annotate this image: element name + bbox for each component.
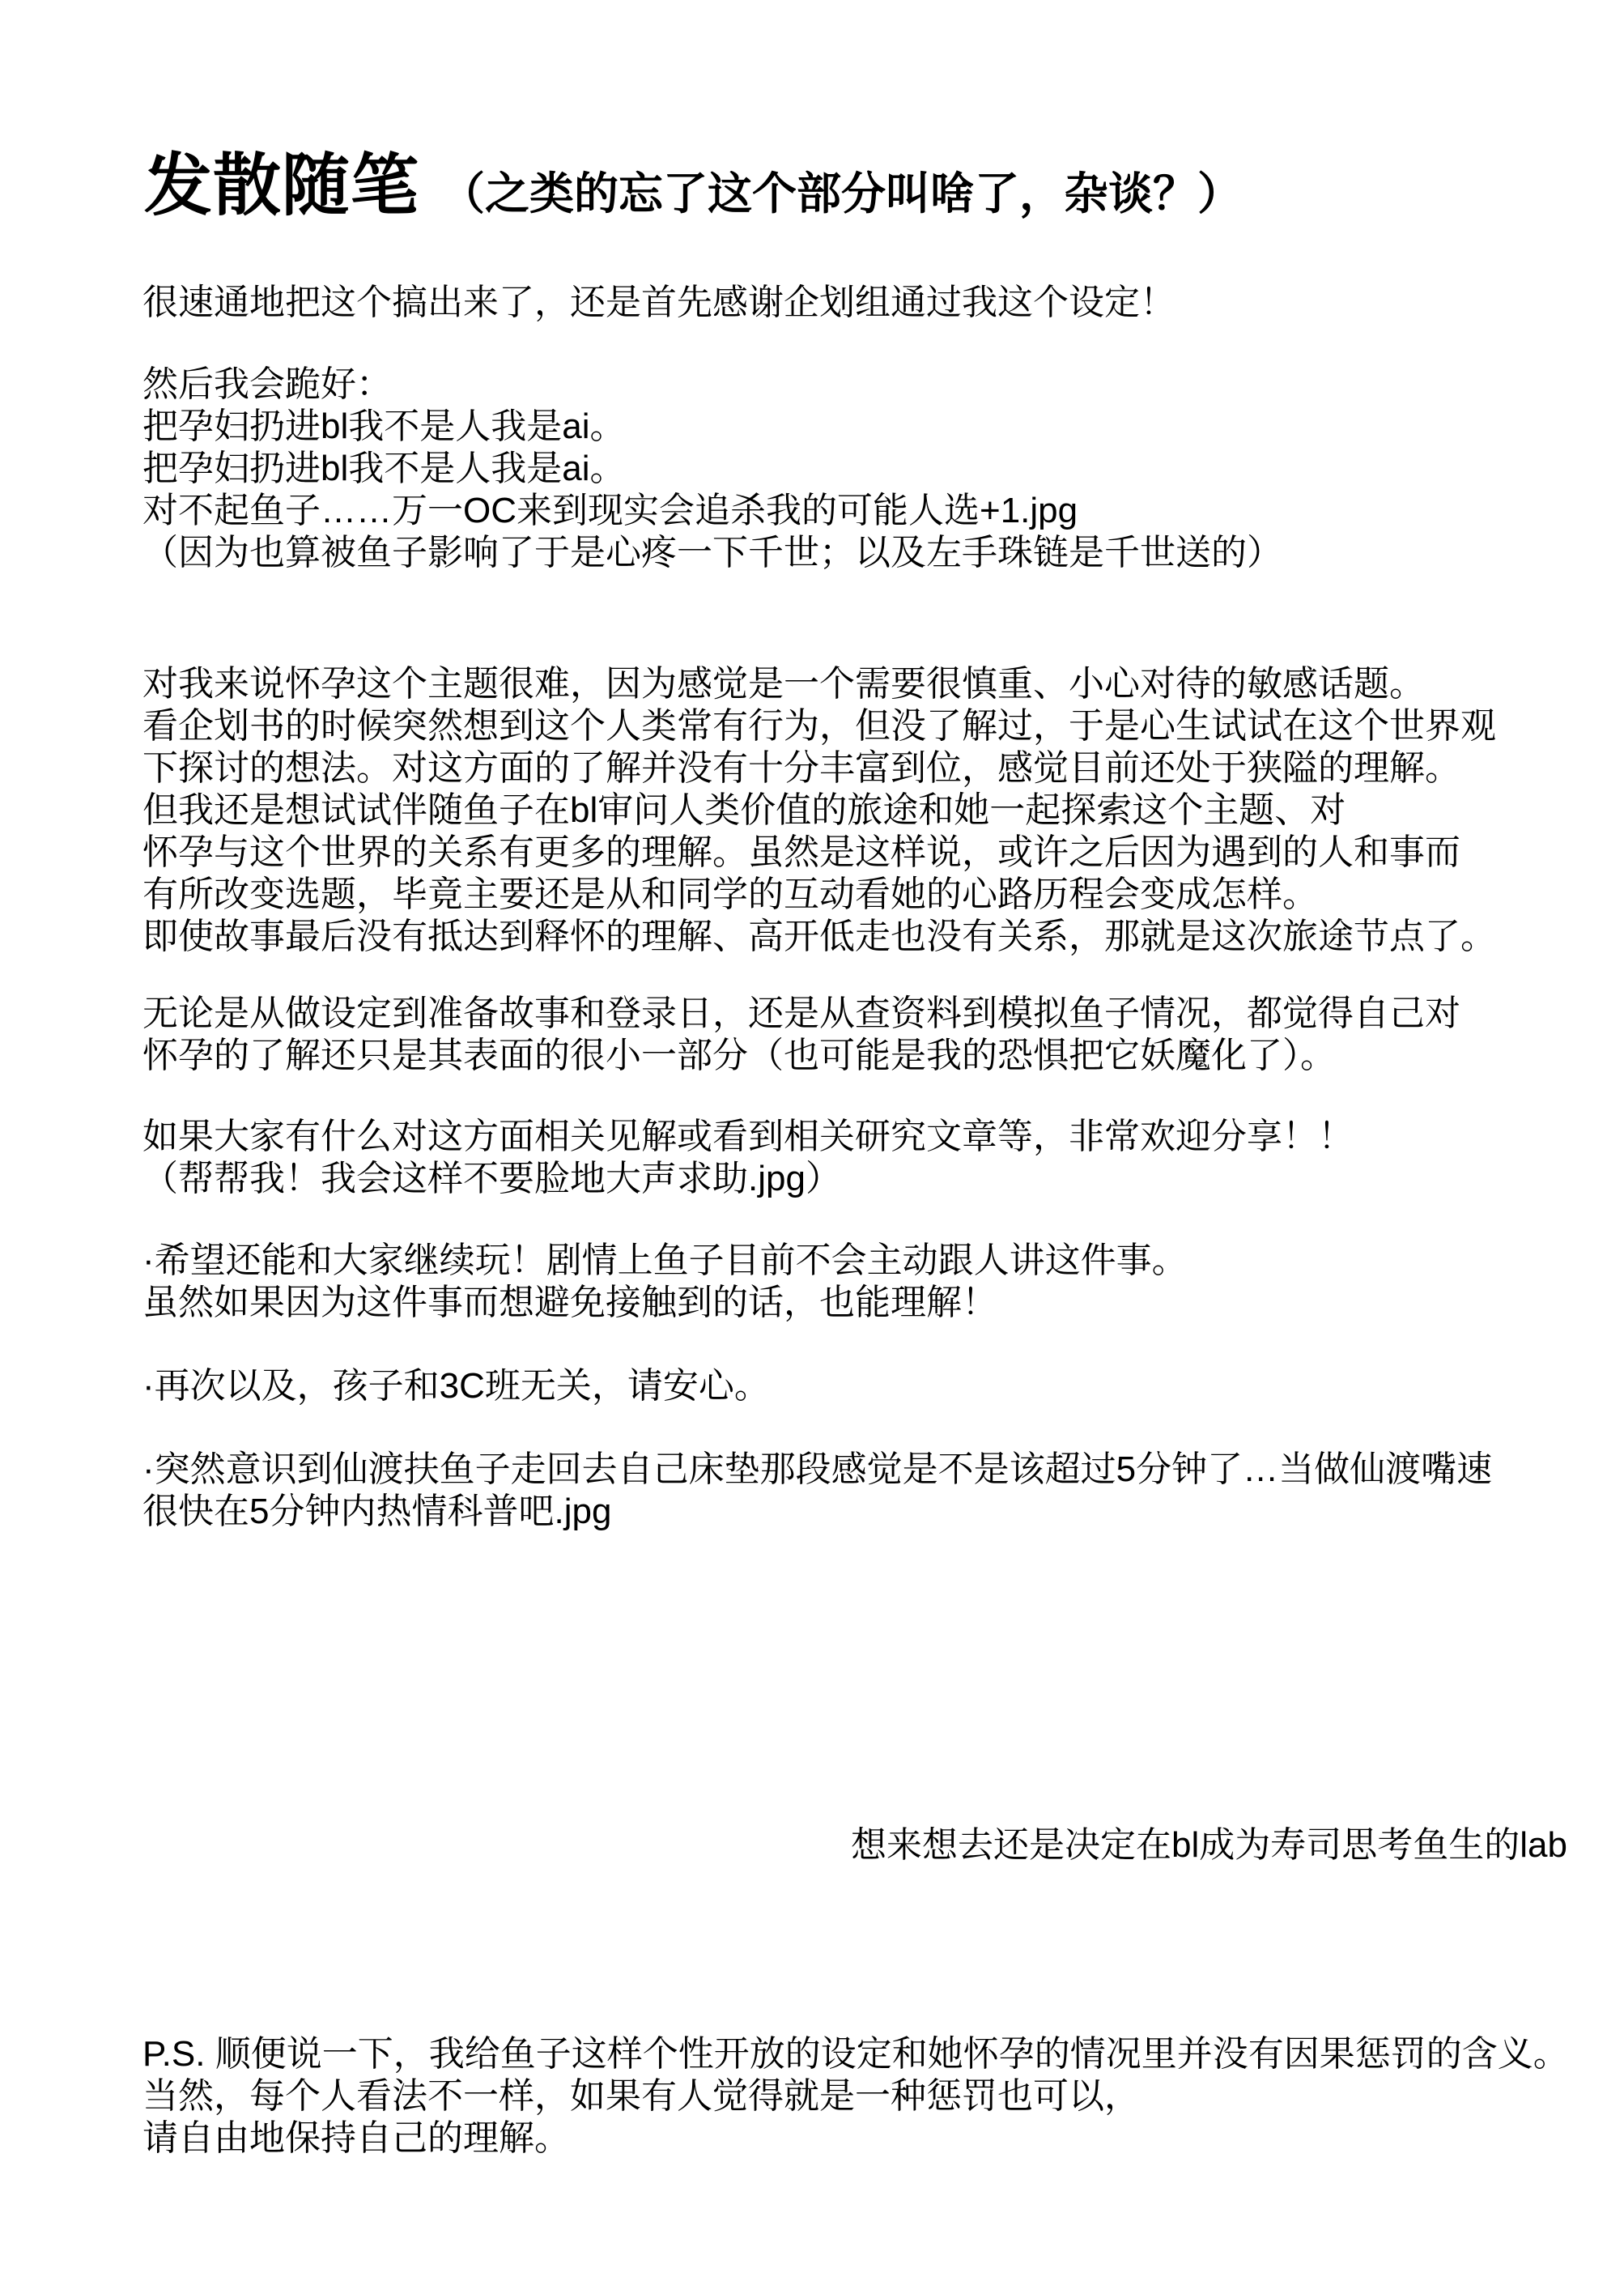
page-title-main: 发散随笔 [144,147,419,223]
text-line: 如果大家有什么对这方面相关见解或看到相关研究文章等，非常欢迎分享！！ [142,1116,1567,1158]
text-line: ·突然意识到仙渡扶鱼子走回去自己床垫那段感觉是不是该超过5分钟了…当做仙渡嘴速 [142,1449,1567,1491]
text-line: P.S. 顺便说一下，我给鱼子这样个性开放的设定和她怀孕的情况里并没有因果惩罚的… [142,2033,1567,2075]
text-line: 但我还是想试试伴随鱼子在bl审问人类价值的旅途和她一起探索这个主题、对 [142,789,1567,832]
aside-note: 想来想去还是决定在bl成为寿司思考鱼生的lab [851,1824,1567,1866]
text-line: 对我来说怀孕这个主题很难，因为感觉是一个需要很慎重、小心对待的敏感话题。 [142,663,1567,705]
paragraph-share: 如果大家有什么对这方面相关见解或看到相关研究文章等，非常欢迎分享！！ （帮帮我！… [142,1116,1567,1200]
text-line: 把孕妇扔进bl我不是人我是ai。 [142,448,1567,490]
paragraph-kneel: 然后我会跪好： 把孕妇扔进bl我不是人我是ai。 把孕妇扔进bl我不是人我是ai… [142,364,1567,574]
text-line: 怀孕与这个世界的关系有更多的理解。虽然是这样说，或许之后因为遇到的人和事而 [142,832,1567,874]
paragraph-class: ·再次以及，孩子和3C班无关，请安心。 [142,1365,1567,1407]
text-line: 有所改变选题，毕竟主要还是从和同学的互动看她的心路历程会变成怎样。 [142,874,1567,916]
text-line: （帮帮我！我会这样不要脸地大声求助.jpg） [142,1158,1567,1200]
text-line: 看企划书的时候突然想到这个人类常有行为，但没了解过，于是心生试试在这个世界观 [142,705,1567,747]
page-title-suffix: （之类的忘了这个部分叫啥了，杂谈？） [440,168,1242,219]
text-line: 当然，每个人看法不一样，如果有人觉得就是一种惩罚也可以， [142,2075,1567,2117]
text-line: ·再次以及，孩子和3C班无关，请安心。 [142,1365,1567,1407]
document-page: 发散随笔（之类的忘了这个部分叫啥了，杂谈？） 很速通地把这个搞出来了，还是首先感… [0,0,1624,2294]
text-line: 怀孕的了解还只是其表面的很小一部分（也可能是我的恐惧把它妖魔化了）。 [142,1035,1567,1077]
page-title: 发散随笔（之类的忘了这个部分叫啥了，杂谈？） [144,131,1242,229]
text-line: 对不起鱼子……万一OC来到现实会追杀我的可能人选+1.jpg [142,490,1567,532]
paragraph-play: ·希望还能和大家继续玩！剧情上鱼子目前不会主动跟人讲这件事。 虽然如果因为这件事… [142,1240,1567,1324]
postscript: P.S. 顺便说一下，我给鱼子这样个性开放的设定和她怀孕的情况里并没有因果惩罚的… [142,2033,1567,2160]
paragraph-thanks: 很速通地把这个搞出来了，还是首先感谢企划组通过我这个设定！ [142,282,1567,324]
paragraph-topic: 对我来说怀孕这个主题很难，因为感觉是一个需要很慎重、小心对待的敏感话题。 看企划… [142,663,1567,958]
paragraph-five-minutes: ·突然意识到仙渡扶鱼子走回去自己床垫那段感觉是不是该超过5分钟了…当做仙渡嘴速 … [142,1449,1567,1533]
text-line: 虽然如果因为这件事而想避免接触到的话，也能理解！ [142,1282,1567,1324]
text-line: 很速通地把这个搞出来了，还是首先感谢企划组通过我这个设定！ [142,282,1567,324]
text-line: （因为也算被鱼子影响了于是心疼一下千世；以及左手珠链是千世送的） [142,532,1567,574]
text-line: 请自由地保持自己的理解。 [142,2117,1567,2160]
text-line: 无论是从做设定到准备故事和登录日，还是从查资料到模拟鱼子情况，都觉得自己对 [142,993,1567,1035]
text-line: 然后我会跪好： [142,364,1567,406]
paragraph-research: 无论是从做设定到准备故事和登录日，还是从查资料到模拟鱼子情况，都觉得自己对 怀孕… [142,993,1567,1077]
text-line: 很快在5分钟内热情科普吧.jpg [142,1491,1567,1533]
text-line: 即使故事最后没有抵达到释怀的理解、高开低走也没有关系，那就是这次旅途节点了。 [142,916,1567,958]
text-line: ·希望还能和大家继续玩！剧情上鱼子目前不会主动跟人讲这件事。 [142,1240,1567,1282]
text-line: 下探讨的想法。对这方面的了解并没有十分丰富到位，感觉目前还处于狭隘的理解。 [142,747,1567,789]
text-line: 把孕妇扔进bl我不是人我是ai。 [142,406,1567,448]
